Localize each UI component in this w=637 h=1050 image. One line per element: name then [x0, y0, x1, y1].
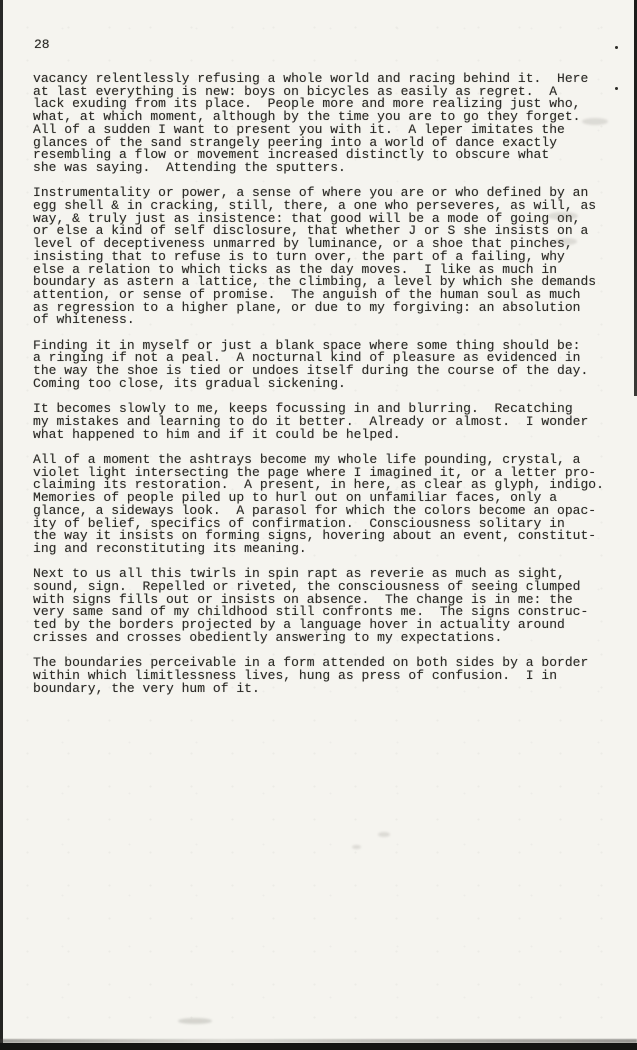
scan-speck	[615, 46, 618, 49]
scan-smudge	[555, 238, 577, 245]
paragraph-6: Next to us all this twirls in spin rapt …	[33, 568, 625, 644]
scan-edge-bottom	[0, 1043, 637, 1050]
page-number: 28	[34, 38, 50, 51]
paragraph-1: vacancy relentlessly refusing a whole wo…	[33, 73, 625, 175]
scanned-document-page: 28 vacancy relentlessly refusing a whole…	[0, 0, 637, 1050]
paragraph-2: Instrumentality or power, a sense of whe…	[33, 187, 625, 327]
scan-smudge	[582, 118, 608, 125]
paragraph-3: Finding it in myself or just a blank spa…	[33, 340, 625, 391]
page-body: vacancy relentlessly refusing a whole wo…	[33, 73, 625, 708]
scan-smudge	[352, 845, 361, 849]
paragraph-7: The boundaries perceivable in a form att…	[33, 657, 625, 695]
scan-edge-left	[0, 0, 3, 1050]
scan-smudge	[178, 1018, 212, 1024]
scan-smudge	[378, 832, 390, 837]
scan-speck	[615, 87, 618, 90]
scan-smudge	[548, 212, 578, 220]
paragraph-4: It becomes slowly to me, keeps focussing…	[33, 403, 625, 441]
paragraph-5: All of a moment the ashtrays become my w…	[33, 454, 625, 556]
